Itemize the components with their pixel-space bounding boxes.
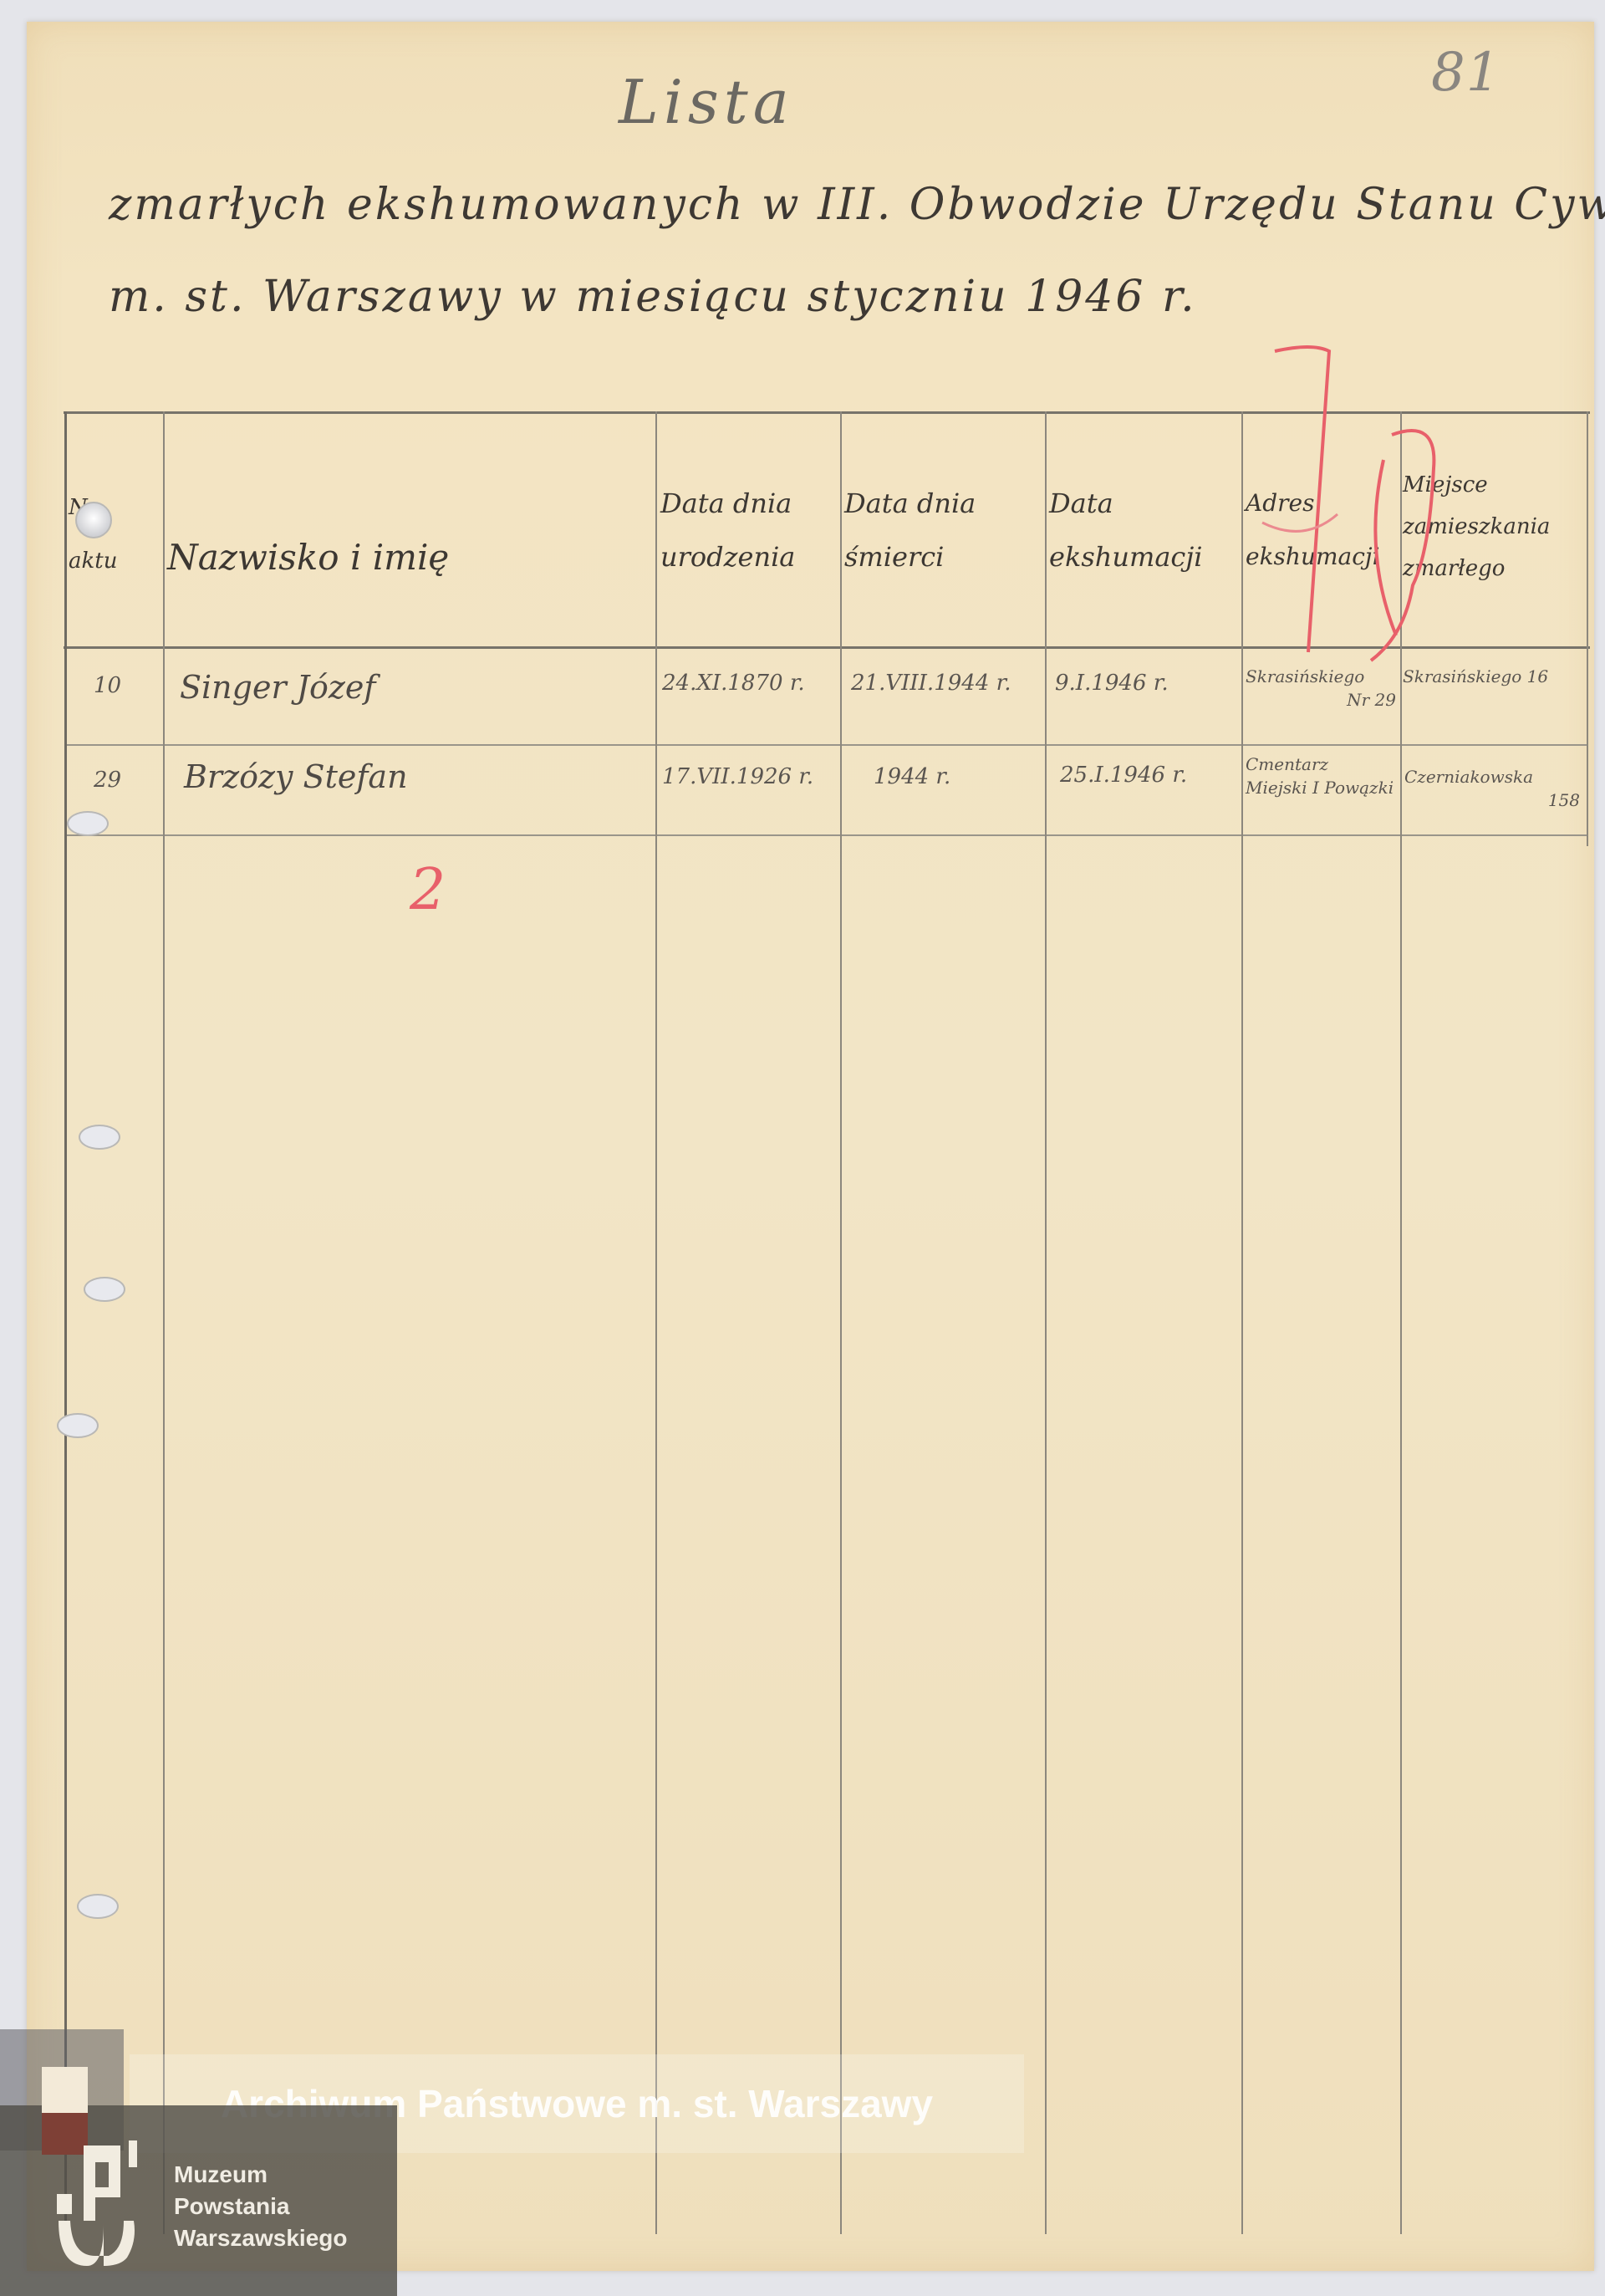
museum-logo-text: Muzeum Powstania Warszawskiego <box>174 2159 347 2254</box>
header-line: Data dnia <box>844 477 1042 530</box>
address-line: Nr 29 <box>1246 688 1396 712</box>
header-line: Nazwisko i imię <box>167 531 449 584</box>
row-divider <box>67 744 1588 746</box>
residence-line: 158 <box>1404 788 1580 812</box>
cell-death-date: 21.VIII.1944 r. <box>851 669 1011 697</box>
header-line: aktu <box>69 534 160 588</box>
column-divider <box>1045 411 1047 2234</box>
column-header-birth-date: Data dnia urodzenia <box>660 477 838 584</box>
cell-nr-aktu: 10 <box>94 671 121 700</box>
header-line: Data dnia <box>660 477 838 530</box>
binder-hole <box>77 1894 119 1919</box>
column-divider <box>1241 411 1243 2234</box>
column-divider <box>163 411 165 2234</box>
binder-hole <box>79 1125 120 1150</box>
header-line: ekshumacji <box>1049 530 1240 584</box>
address-line: Miejski I Powązki <box>1246 776 1396 799</box>
cell-exhumation-address: Cmentarz Miejski I Powązki <box>1246 753 1396 799</box>
row-divider <box>67 834 1588 836</box>
column-header-name: Nazwisko i imię <box>167 531 449 584</box>
logo-flag-white <box>42 2067 88 2113</box>
cell-residence: Czerniakowska 158 <box>1404 765 1580 812</box>
table-left-border <box>64 411 67 2234</box>
cell-birth-date: 24.XI.1870 r. <box>662 669 805 697</box>
binder-hole <box>75 502 112 538</box>
cell-exhumation-date: 9.I.1946 r. <box>1055 669 1169 697</box>
cell-nr-aktu: 29 <box>94 766 121 794</box>
red-count-mark: 2 <box>410 857 446 923</box>
column-divider <box>840 411 842 2234</box>
document-subtitle-line1: zmarłych ekshumowanych w III. Obwodzie U… <box>109 180 1605 230</box>
museum-name-line: Warszawskiego <box>174 2222 347 2254</box>
museum-name-line: Powstania <box>174 2191 347 2222</box>
header-line: urodzenia <box>660 530 838 584</box>
table-right-border <box>1587 411 1588 846</box>
binder-hole <box>57 1413 99 1438</box>
residence-line: Czerniakowska <box>1404 765 1580 788</box>
kotwica-anchor-icon <box>53 2140 154 2274</box>
museum-name-line: Muzeum <box>174 2159 347 2191</box>
red-pencil-mark-icon <box>1246 334 1480 686</box>
cell-death-date: 1944 r. <box>874 763 950 791</box>
folio-number: 81 <box>1431 42 1501 104</box>
cell-name: Brzózy Stefan <box>184 763 408 791</box>
column-header-death-date: Data dnia śmierci <box>844 477 1042 584</box>
header-line: Data <box>1049 477 1240 530</box>
cell-name: Singer Józef <box>180 673 375 702</box>
binder-hole <box>67 811 109 836</box>
header-line: śmierci <box>844 530 1042 584</box>
column-header-exhumation-date: Data ekshumacji <box>1049 477 1240 584</box>
cell-exhumation-date: 25.I.1946 r. <box>1060 761 1187 789</box>
document-subtitle-line2: m. st. Warszawy w miesiącu styczniu 1946… <box>109 272 1197 322</box>
column-divider <box>655 411 657 2234</box>
binder-hole <box>84 1277 125 1302</box>
document-title: Lista <box>619 67 794 137</box>
address-line: Cmentarz <box>1246 753 1396 776</box>
cell-birth-date: 17.VII.1926 r. <box>662 763 813 791</box>
